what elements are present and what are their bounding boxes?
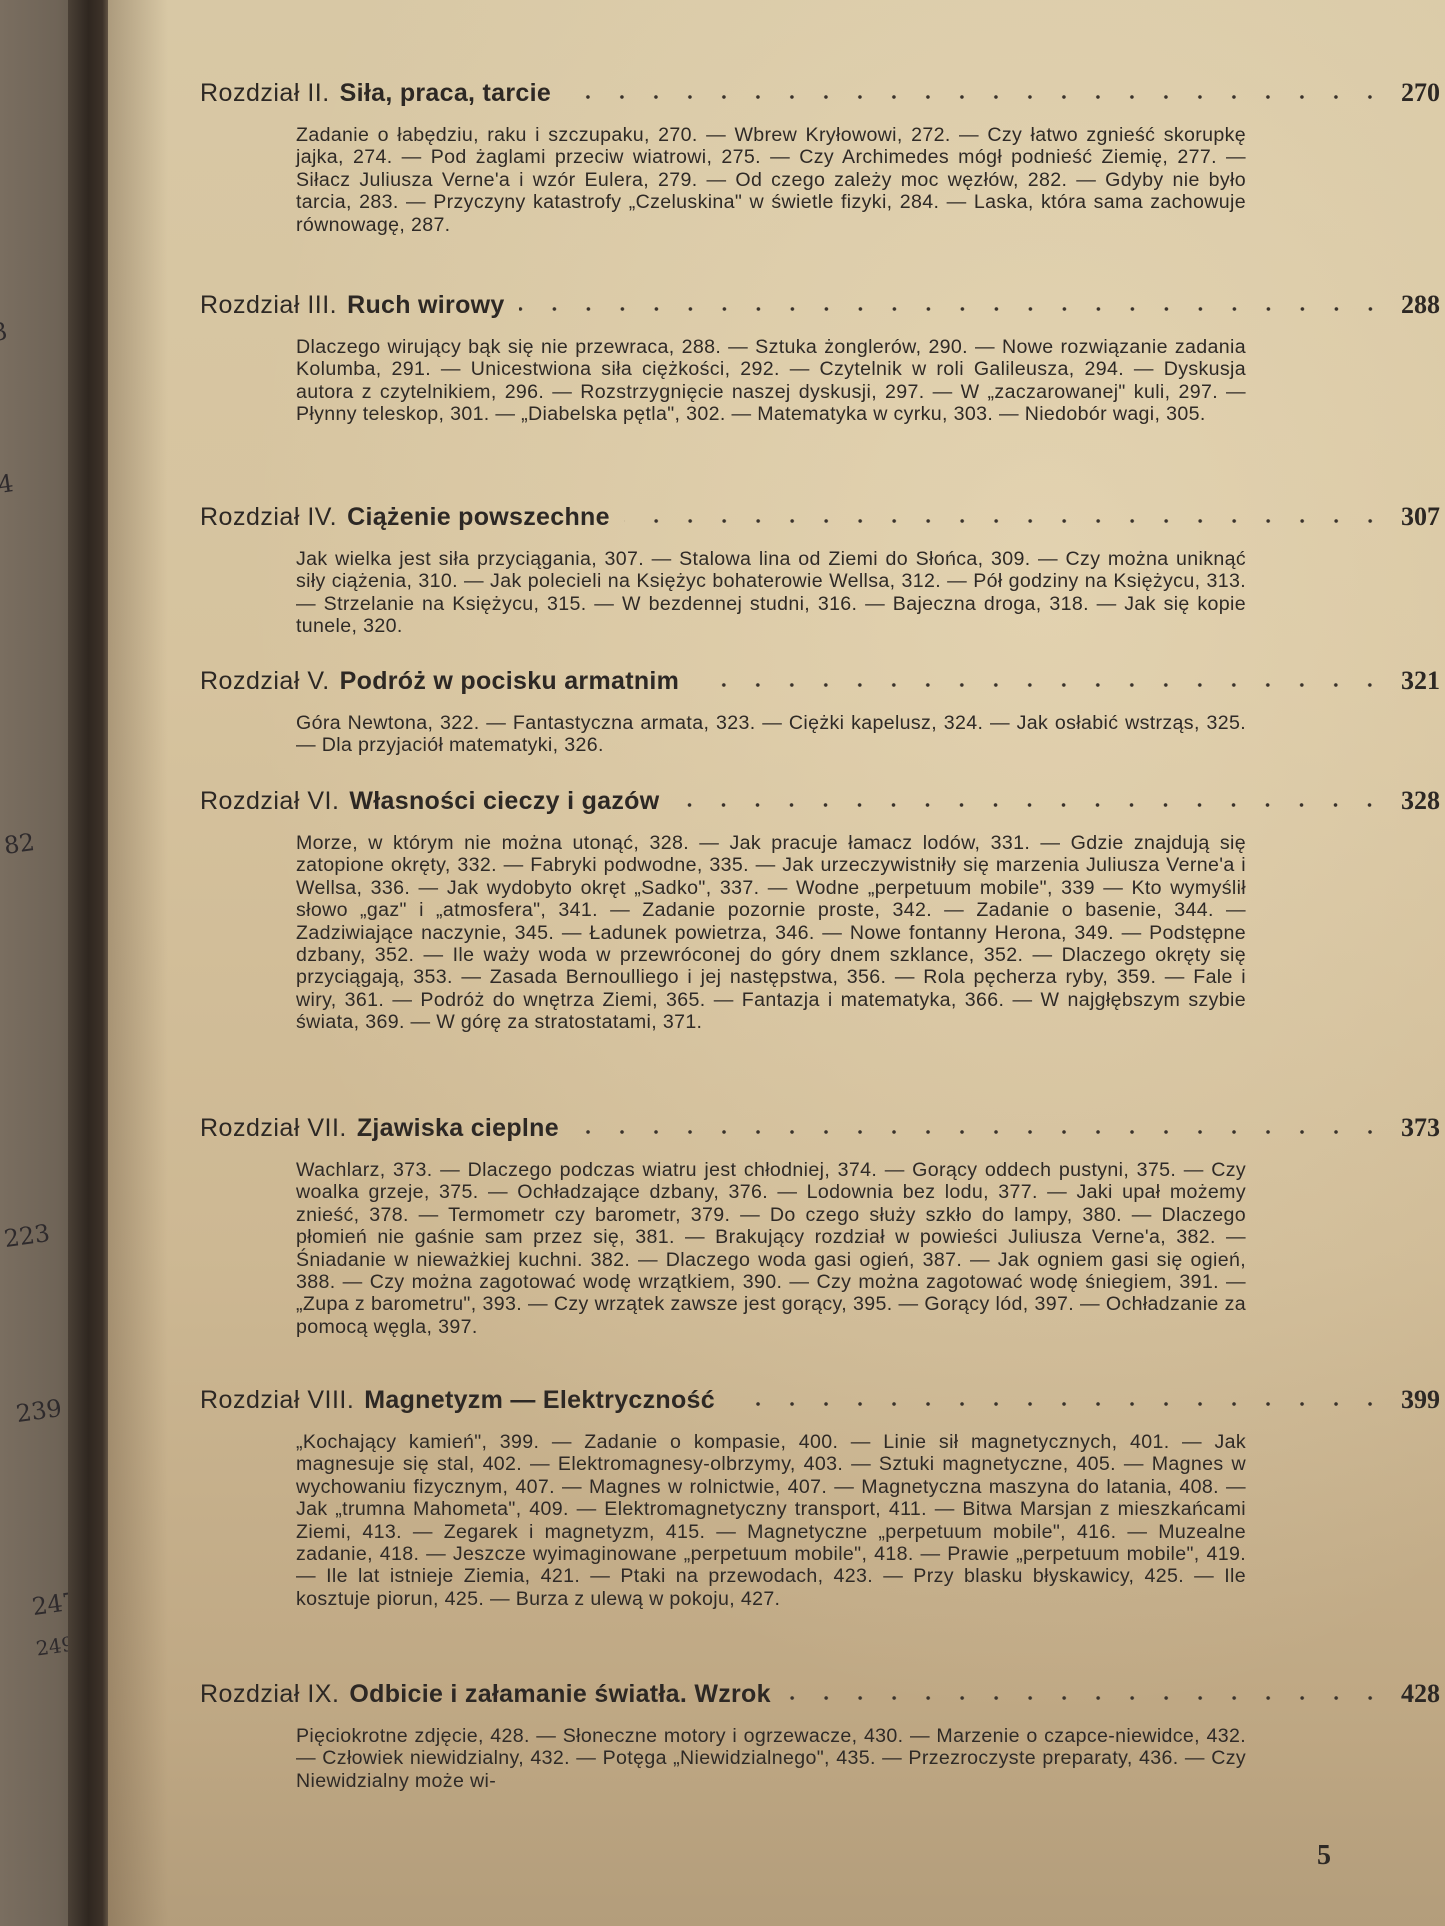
chapter-page-number: 270 [1401,78,1440,108]
dot-leader [729,1399,1387,1409]
chapter-page-number: 328 [1401,786,1440,816]
chapter-heading: Rozdział VIII. Magnetyzm — Elektryczność… [200,1385,1440,1415]
toc-chapter-2: Rozdział II. Siła, praca, tarcie 270 Zad… [200,78,1440,236]
dot-leader [624,516,1387,526]
chapter-page-number: 288 [1401,290,1440,320]
chapter-label: Rozdział III. [200,290,337,320]
toc-chapter-6: Rozdział VI. Własności cieczy i gazów 32… [200,786,1440,1034]
chapter-heading: Rozdział II. Siła, praca, tarcie 270 [200,78,1440,108]
chapter-label: Rozdział VI. [200,786,339,816]
chapter-page-number: 399 [1401,1385,1440,1415]
chapter-page-number: 307 [1401,502,1440,532]
chapter-page-number: 373 [1401,1113,1440,1143]
chapter-label: Rozdział VIII. [200,1385,354,1415]
chapter-title: Ruch wirowy [347,290,505,320]
dot-leader [693,680,1387,690]
margin-page-number: 82 [2,828,36,860]
toc-chapter-4: Rozdział IV. Ciążenie powszechne 307 Jak… [200,502,1440,638]
dot-leader [519,304,1387,314]
chapter-contents: Wachlarz, 373. — Dlaczego podczas wiatru… [296,1159,1246,1338]
chapter-label: Rozdział II. [200,78,330,108]
chapter-contents: „Kochający kamień", 399. — Zadanie o kom… [296,1431,1246,1610]
chapter-label: Rozdział IV. [200,502,337,532]
chapter-heading: Rozdział IX. Odbicie i załamanie światła… [200,1679,1440,1709]
chapter-contents: Jak wielka jest siła przyciągania, 307. … [296,548,1246,638]
toc-chapter-5: Rozdział V. Podróż w pocisku armatnim 32… [200,666,1440,757]
chapter-heading: Rozdział V. Podróż w pocisku armatnim 32… [200,666,1440,696]
page-number: 5 [1317,1840,1331,1872]
chapter-contents: Morze, w którym nie można utonąć, 328. —… [296,832,1246,1034]
dot-leader [673,800,1387,810]
chapter-label: Rozdział IX. [200,1679,339,1709]
toc-chapter-8: Rozdział VIII. Magnetyzm — Elektryczność… [200,1385,1440,1610]
chapter-heading: Rozdział III. Ruch wirowy 288 [200,290,1440,320]
chapter-title: Podróż w pocisku armatnim [340,666,680,696]
chapter-heading: Rozdział IV. Ciążenie powszechne 307 [200,502,1440,532]
chapter-page-number: 428 [1401,1679,1440,1709]
dot-leader [785,1693,1387,1703]
chapter-contents: Pięciokrotne zdjęcie, 428. — Słoneczne m… [296,1725,1246,1792]
chapter-page-number: 321 [1401,666,1440,696]
chapter-heading: Rozdział VII. Zjawiska cieplne 373 [200,1113,1440,1143]
chapter-contents: Zadanie o łabędziu, raku i szczupaku, 27… [296,124,1246,236]
chapter-title: Magnetyzm — Elektryczność [364,1385,715,1415]
chapter-title: Odbicie i załamanie światła. Wzrok [349,1679,770,1709]
chapter-contents: Dlaczego wirujący bąk się nie przewraca,… [296,336,1246,426]
dot-leader [573,1127,1387,1137]
chapter-title: Siła, praca, tarcie [340,78,551,108]
chapter-title: Ciążenie powszechne [347,502,610,532]
toc-chapter-7: Rozdział VII. Zjawiska cieplne 373 Wachl… [200,1113,1440,1338]
chapter-title: Własności cieczy i gazów [349,786,659,816]
dot-leader [565,92,1387,102]
chapter-label: Rozdział V. [200,666,330,696]
chapter-label: Rozdział VII. [200,1113,347,1143]
chapter-title: Zjawiska cieplne [357,1113,559,1143]
chapter-contents: Góra Newtona, 322. — Fantastyczna armata… [296,712,1246,757]
toc-chapter-9: Rozdział IX. Odbicie i załamanie światła… [200,1679,1440,1792]
table-of-contents-page: Rozdział II. Siła, praca, tarcie 270 Zad… [108,0,1445,1926]
toc-chapter-3: Rozdział III. Ruch wirowy 288 Dlaczego w… [200,290,1440,426]
chapter-heading: Rozdział VI. Własności cieczy i gazów 32… [200,786,1440,816]
